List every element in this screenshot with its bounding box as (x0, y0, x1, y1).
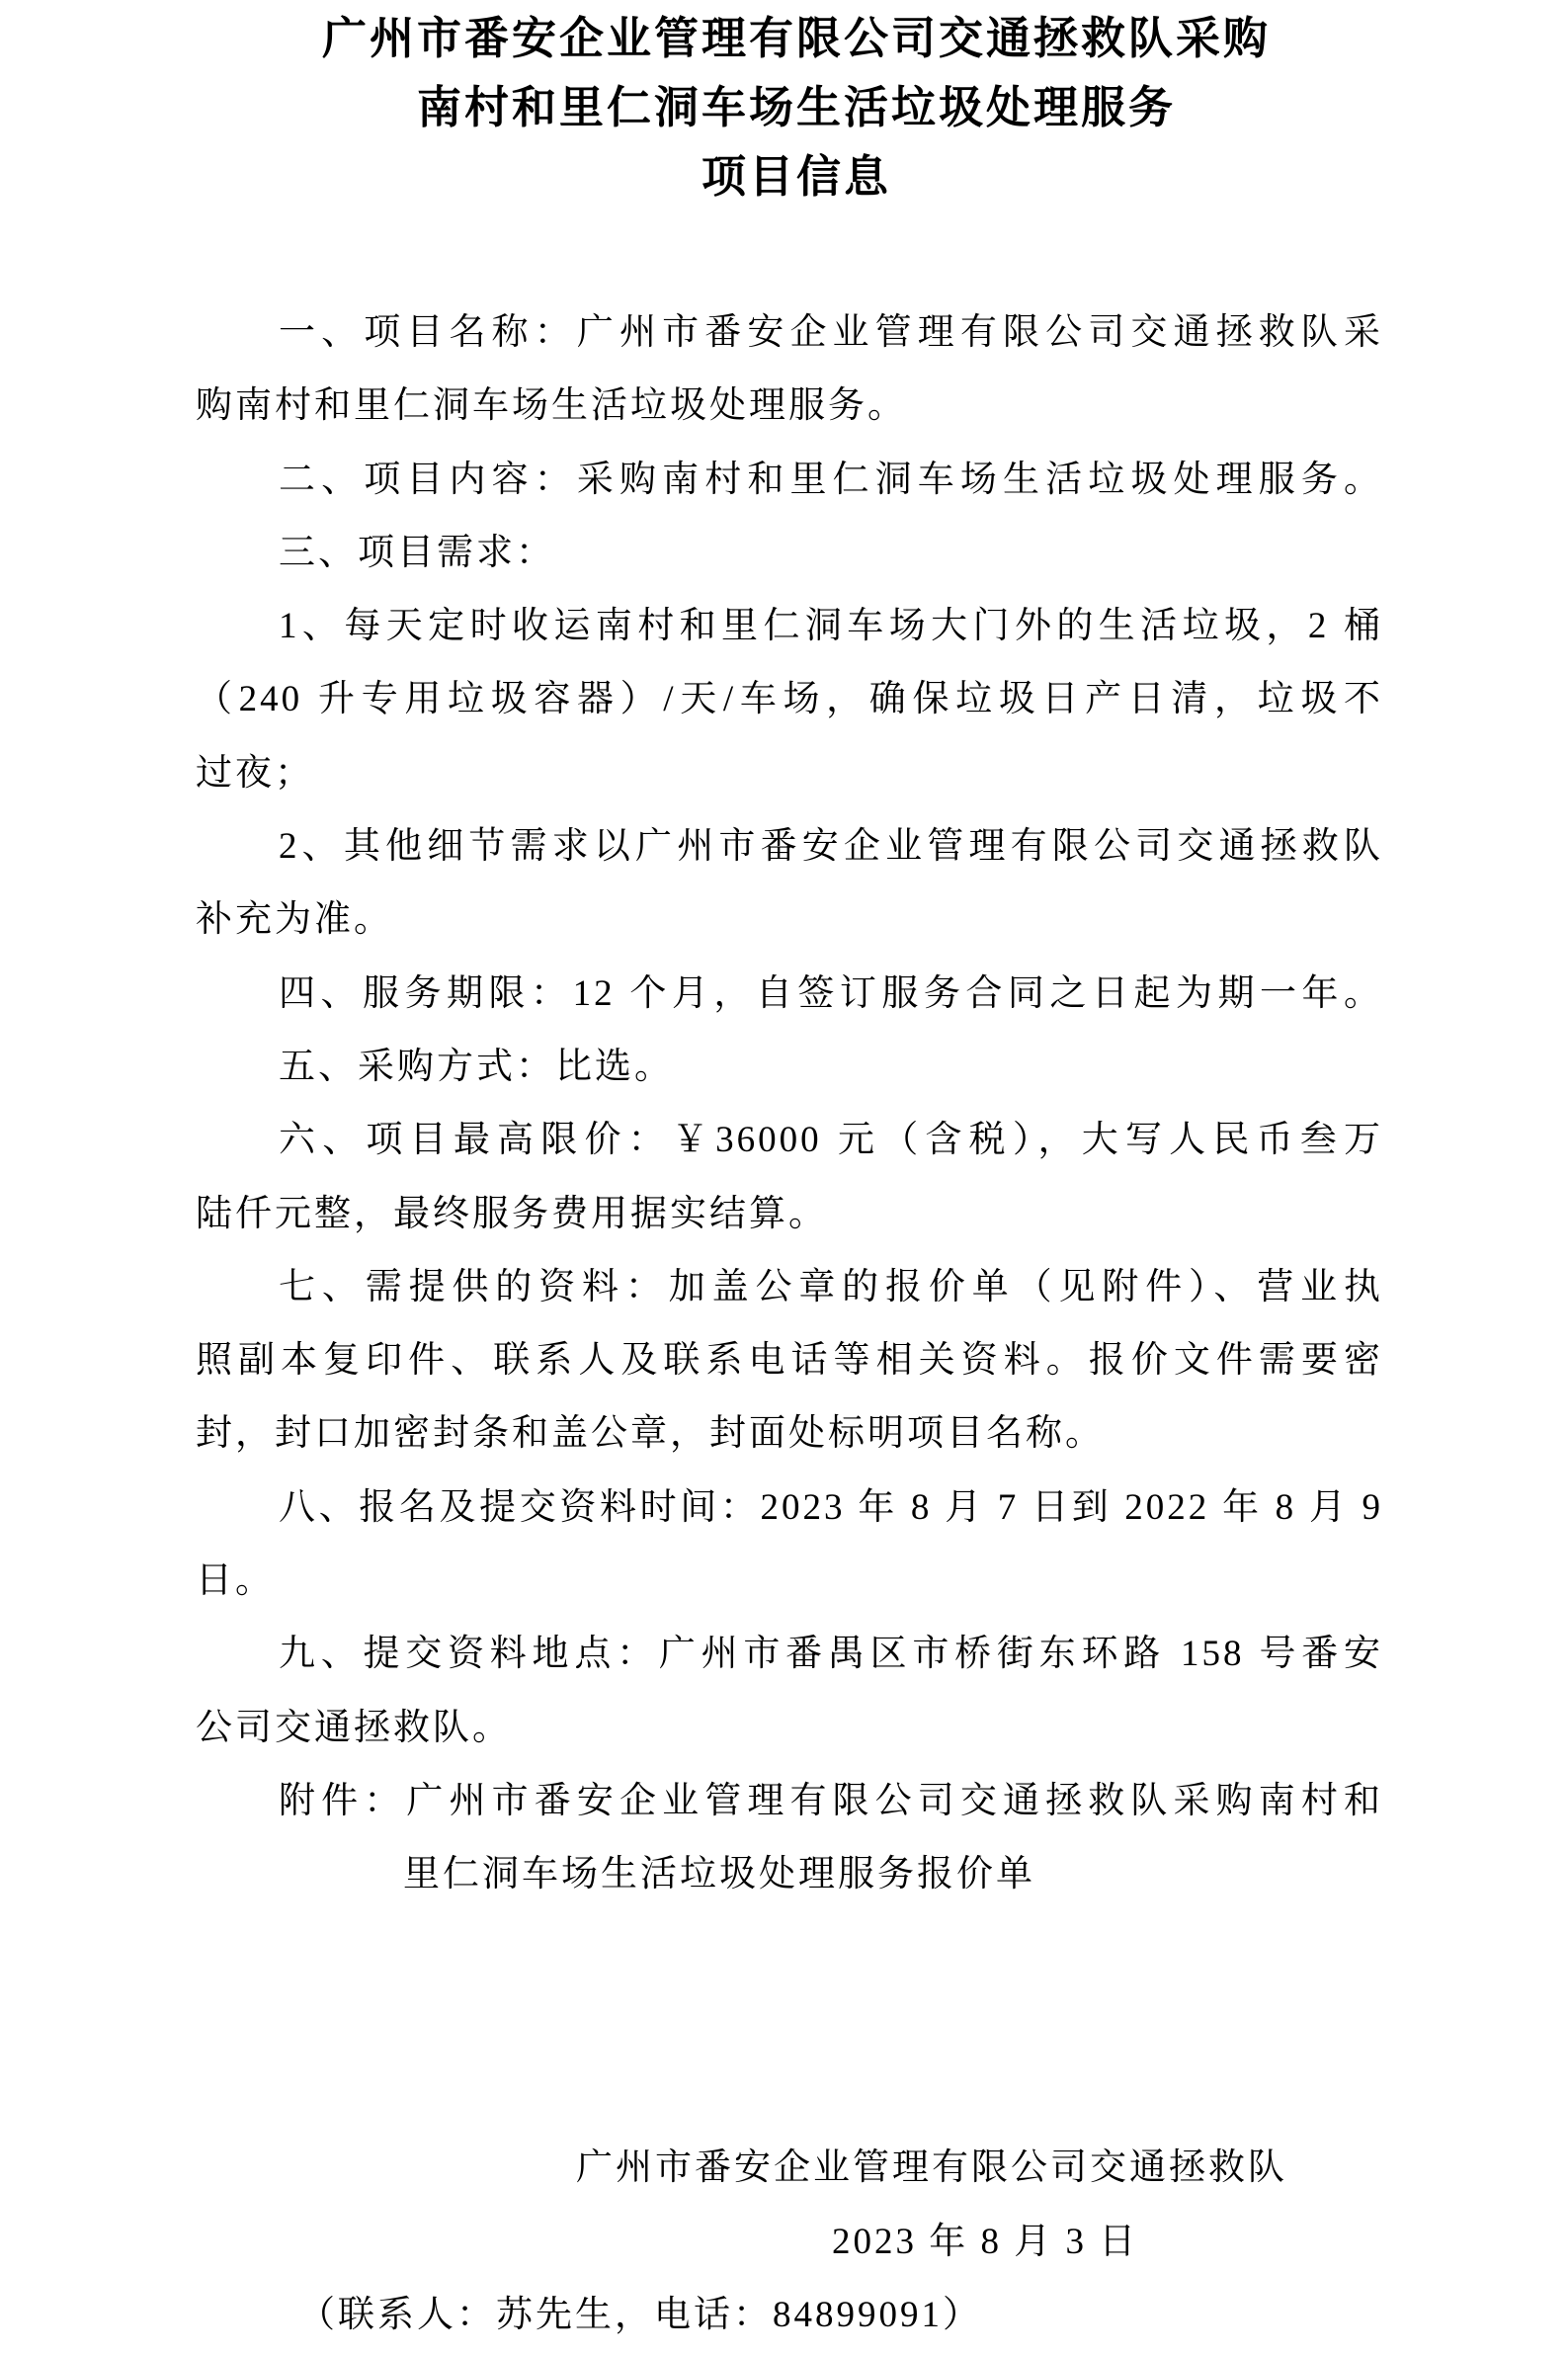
body-line: 九、提交资料地点：广州市番禺区市桥街东环路 158 号番安 (196, 1618, 1383, 1691)
blank-line (196, 2059, 1383, 2132)
body-line: 日。 (196, 1545, 1383, 1618)
signature-company-line: 广州市番安企业管理有限公司交通拯救队 (196, 2132, 1383, 2205)
signature-contact-line: （联系人：苏先生，电话：84899091） (196, 2279, 1383, 2352)
blank-line (196, 1912, 1383, 1985)
document-page: 广州市番安企业管理有限公司交通拯救队采购 南村和里仁洞车场生活垃圾处理服务 项目… (0, 0, 1568, 2356)
body-line: 八、报名及提交资料时间：2023 年 8 月 7 日到 2022 年 8 月 9 (196, 1472, 1383, 1545)
body-line: 封，封口加密封条和盖公章，封面处标明项目名称。 (196, 1397, 1383, 1471)
body-line: 里仁洞车场生活垃圾处理服务报价单 (196, 1838, 1383, 1911)
body-line: 七、需提供的资料：加盖公章的报价单（见附件）、营业执 (196, 1251, 1383, 1324)
doc-title-line-3: 项目信息 (196, 142, 1383, 211)
doc-title-line-1: 广州市番安企业管理有限公司交通拯救队采购 (196, 4, 1383, 73)
body-line: 陆仟元整，最终服务费用据实结算。 (196, 1178, 1383, 1251)
body-line: 四、服务期限：12 个月，自签订服务合同之日起为期一年。 (196, 958, 1383, 1031)
body-line: （240 升专用垃圾容器）/天/车场，确保垃圾日产日清，垃圾不 (196, 663, 1383, 736)
body-line: 照副本复印件、联系人及联系电话等相关资料。报价文件需要密 (196, 1324, 1383, 1397)
body-line: 附件：广州市番安企业管理有限公司交通拯救队采购南村和 (196, 1765, 1383, 1838)
body-line: 六、项目最高限价：￥36000 元（含税），大写人民币叁万 (196, 1104, 1383, 1177)
body-line: 五、采购方式：比选。 (196, 1031, 1383, 1104)
body-line: 一、项目名称：广州市番安企业管理有限公司交通拯救队采 (196, 296, 1383, 370)
document-body: 一、项目名称：广州市番安企业管理有限公司交通拯救队采 购南村和里仁洞车场生活垃圾… (196, 296, 1383, 2352)
body-line: 过夜； (196, 737, 1383, 810)
signature-date-line: 2023 年 8 月 3 日 (196, 2206, 1383, 2279)
body-line: 1、每天定时收运南村和里仁洞车场大门外的生活垃圾，2 桶 (196, 590, 1383, 663)
body-line: 三、项目需求： (196, 517, 1383, 590)
body-line: 2、其他细节需求以广州市番安企业管理有限公司交通拯救队 (196, 810, 1383, 883)
blank-line (196, 1985, 1383, 2059)
body-line: 补充为准。 (196, 883, 1383, 957)
body-line: 购南村和里仁洞车场生活垃圾处理服务。 (196, 370, 1383, 443)
body-line: 公司交通拯救队。 (196, 1692, 1383, 1765)
body-line: 二、项目内容：采购南村和里仁洞车场生活垃圾处理服务。 (196, 444, 1383, 517)
document-title: 广州市番安企业管理有限公司交通拯救队采购 南村和里仁洞车场生活垃圾处理服务 项目… (196, 4, 1383, 211)
doc-title-line-2: 南村和里仁洞车场生活垃圾处理服务 (196, 73, 1383, 142)
